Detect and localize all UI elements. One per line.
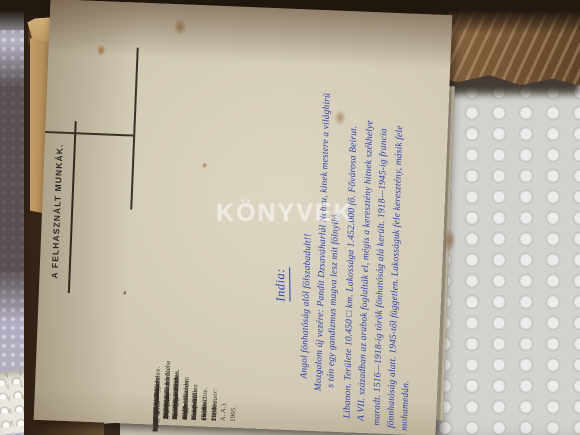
title-underline xyxy=(68,121,77,293)
bibliography-list: Dr. Carl Ploetz:Auszug aus der Alten Mit… xyxy=(152,124,164,418)
bibliography-entry: Dr. Karl Ploetz — Dr. Phil. Hans Volz — … xyxy=(152,405,153,418)
photo-watermark: KÖNYVEK xyxy=(216,199,354,228)
handwriting-line: Angol fönhatóság alól fölszabadult!! xyxy=(299,233,313,378)
photo-of-book-page: A FELHASZNÁLT MUNKÁK. Dr. Carl Ploetz:Au… xyxy=(0,0,580,435)
page-title: A FELHASZNÁLT MUNKÁK. xyxy=(49,118,65,278)
handwriting-heading: India: xyxy=(273,267,290,301)
foxing-stain xyxy=(202,162,207,168)
handwriting-line: s tán egy gandizmus magva lesz mit fölny… xyxy=(326,211,341,387)
divider-rule-horizontal xyxy=(130,47,138,209)
foxing-stain xyxy=(123,290,127,295)
foxing-stain xyxy=(96,43,105,55)
handwriting-line: mohamedán. xyxy=(400,380,411,431)
handwriting-line: Libanon. Területe 10.450 □ km. Lakossága… xyxy=(343,125,360,418)
foxing-stain xyxy=(334,109,347,125)
foxing-stain xyxy=(173,18,187,36)
